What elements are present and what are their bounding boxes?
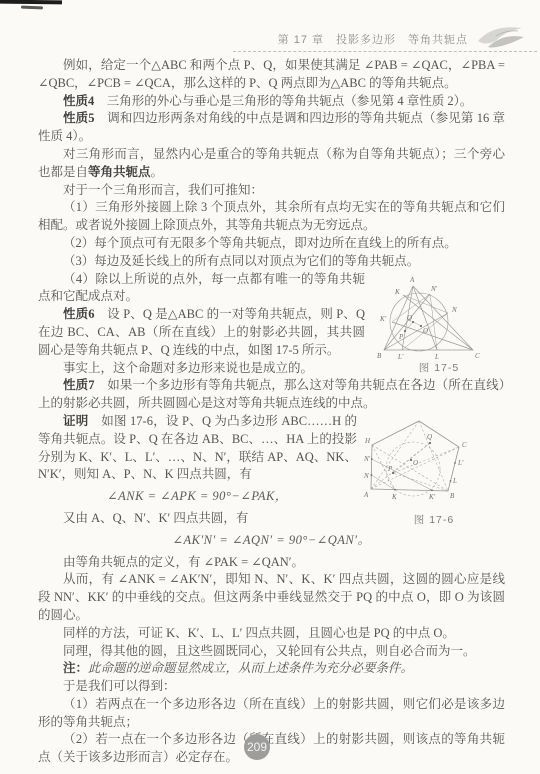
- paragraph: （2）每个顶点可有无限多个等角共轭点，即对边所在直线上的所有点。: [38, 235, 505, 253]
- vertex-label: L: [434, 353, 439, 361]
- vertex-label: B: [450, 492, 455, 500]
- scan-artifact: [21, 6, 43, 10]
- paragraph: （1）若两点在一个多边形各边（所在直线）上的射影共圆，则它们必是该多边形的等角共…: [38, 696, 505, 732]
- paragraph: 由等角共轭点的定义，有 ∠PAK = ∠QAN′。: [38, 554, 505, 572]
- vertex-label: A: [409, 276, 415, 284]
- figure-caption: 图 17-5: [373, 361, 505, 375]
- point-label: Q: [407, 314, 412, 322]
- scan-artifact: [0, 0, 62, 4]
- vertex-label: N′: [430, 285, 438, 293]
- paragraph: 从而，有 ∠ANK = ∠AK′N′，即知 N、N′、K、K′ 四点共圆，这圆的…: [38, 571, 505, 624]
- point-label: O: [423, 327, 428, 335]
- point-label: P: [387, 465, 393, 473]
- vertex-label: L′: [397, 353, 404, 361]
- vertex-label: L′: [457, 459, 464, 467]
- page-number-badge: 209: [244, 734, 270, 760]
- leaf-ornament-icon: [474, 22, 526, 52]
- vertex-label: B: [377, 352, 382, 360]
- vertex-label: C: [462, 441, 467, 449]
- paragraph: （1）三角形外接圆上除 3 个顶点外，其余所有点均无实在的等角共轭点和它们相配。…: [38, 199, 505, 235]
- figure-caption: 图 17-6: [363, 513, 505, 527]
- vertex-label: C: [475, 352, 480, 360]
- vertex-label: H: [364, 437, 371, 445]
- property-5: 性质5 调和四边形两条对角线的中点是调和四边形的等角共轭点（参见第 16 章性质…: [38, 110, 505, 146]
- vertex-label: K: [391, 493, 397, 501]
- triangle-diagram: A K N′ K′ N B L′ L C P Q O: [373, 273, 505, 361]
- formula: ∠AK′N′ = ∠AQN′ = 90°−∠QAN′。: [38, 532, 505, 550]
- property-4: 性质4 三角形的外心与垂心是三角形的等角共轭点（参见第 4 章性质 2）。: [38, 93, 505, 111]
- vertex-label: L: [452, 477, 457, 485]
- vertex-label: N: [363, 472, 369, 480]
- paragraph: （2）若一点在一个多边形各边（所在直线）上的射影共圆，则该点的等角共轭点（关于该…: [38, 731, 505, 767]
- paragraph: 对于一个三角形而言，我们可推知：: [38, 182, 505, 200]
- paragraph: 同理，得其他的圆，且这些圆既同心，又轮回有公共点，则自必合而为一。: [38, 643, 505, 661]
- figure-17-5: A K N′ K′ N B L′ L C P Q O 图 17-5: [373, 273, 505, 375]
- paragraph: 例如，给定一个△ABC 和两个点 P、Q，如果使其满足 ∠PAB = ∠QAC，…: [38, 57, 505, 93]
- vertex-label: K′: [428, 493, 436, 501]
- book-page: 第 17 章 投影多边形 等角共轭点 例如，给定一个△ABC 和两个点 P、Q，…: [0, 0, 540, 774]
- vertex-label: N′: [363, 455, 371, 463]
- running-head: 第 17 章 投影多边形 等角共轭点: [278, 31, 468, 47]
- point-label: Q: [427, 433, 432, 441]
- paragraph: （3）每边及延长线上的所有点同以对顶点为它们的等角共轭点。: [38, 253, 505, 271]
- point-label: O: [413, 459, 418, 467]
- vertex-label: A: [363, 491, 369, 499]
- vertex-label: N: [451, 306, 457, 314]
- page-body: 例如，给定一个△ABC 和两个点 P、Q，如果使其满足 ∠PAB = ∠QAC，…: [38, 57, 505, 767]
- header-divider: [233, 51, 537, 52]
- vertex-label: K: [394, 288, 400, 296]
- vertex-label: K′: [379, 315, 387, 323]
- paragraph: 同样的方法，可证 K、K′、L、L′ 四点共圆，且圆心也是 PQ 的中点 O。: [38, 625, 505, 643]
- paragraph: 对三角形而言，显然内心是重合的等角共轭点（称为自等角共轭点）；三个旁心也都是自等…: [38, 146, 505, 182]
- pentagon-diagram: H C L′ L B K′ K A N′ N P O Q: [363, 417, 505, 513]
- paragraph: 于是我们可以得到：: [38, 678, 505, 696]
- property-7: 性质7 如果一个多边形有等角共轭点，那么这对等角共轭点在各边（所在直线）上的射影…: [38, 377, 505, 413]
- point-label: P: [398, 333, 404, 341]
- note-paragraph: 注：此命题的逆命题显然成立，从而上述条件为充分必要条件。: [38, 660, 505, 678]
- figure-17-6: H C L′ L B K′ K A N′ N P O Q 图 17-6: [363, 417, 505, 527]
